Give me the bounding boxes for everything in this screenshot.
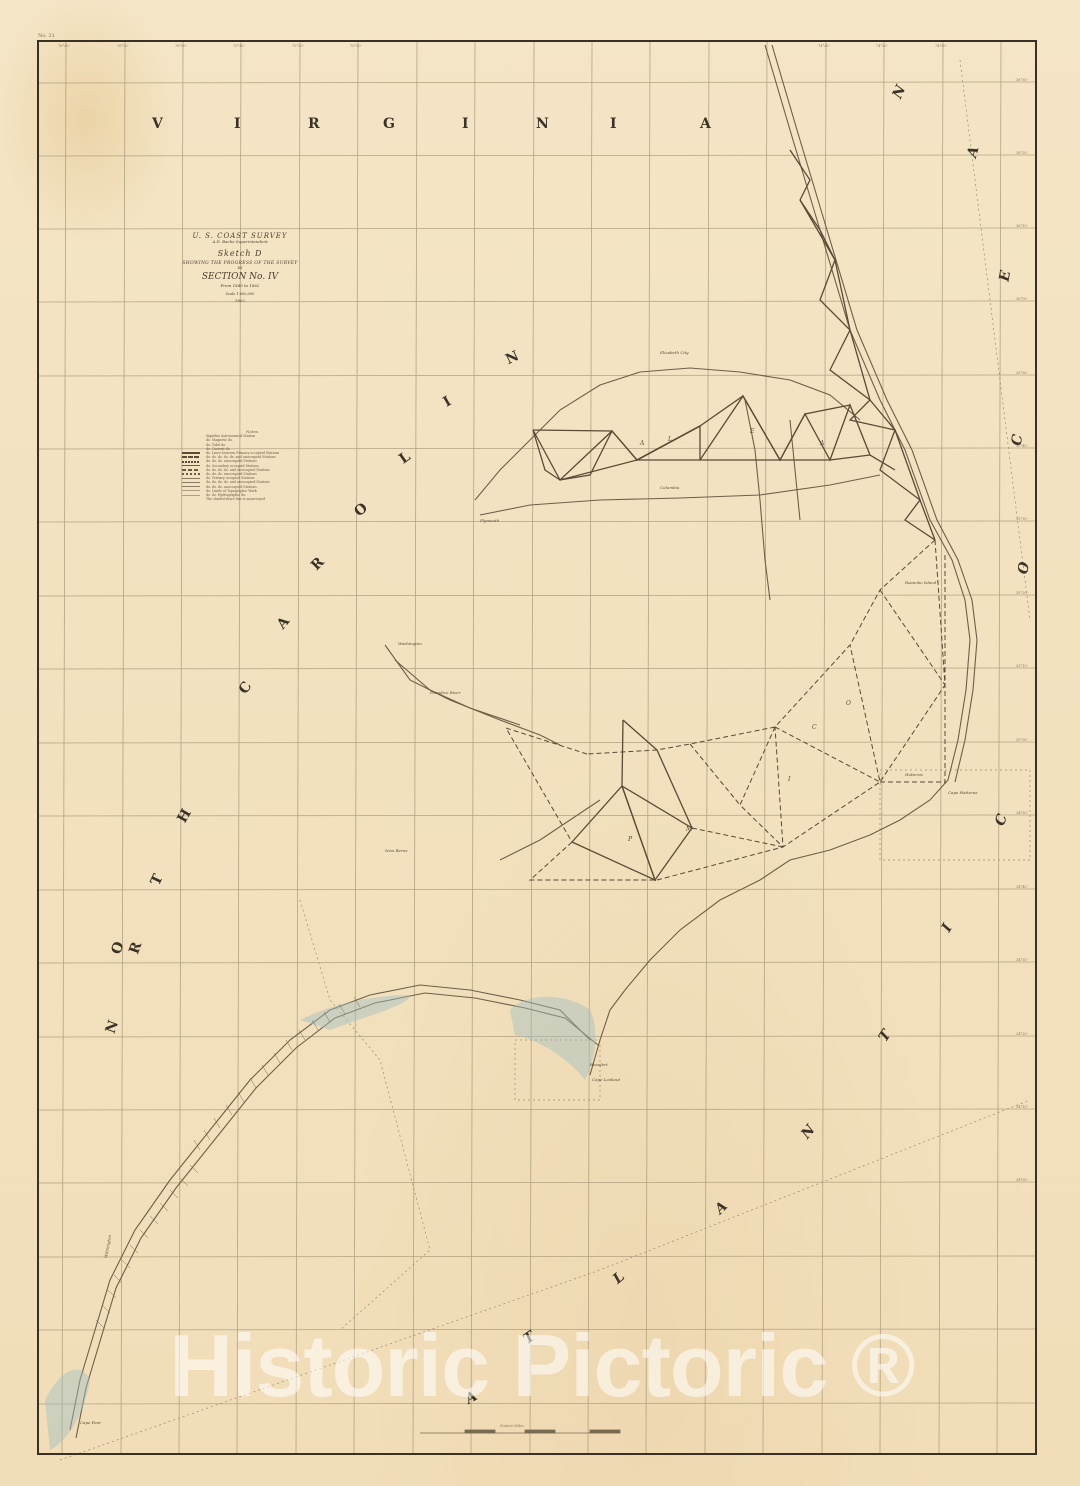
longitude-tick: 75°00' bbox=[350, 44, 362, 48]
title-year: 1862 bbox=[172, 299, 308, 304]
label-albemarle: E bbox=[750, 428, 754, 435]
legend-row: The shaded shore line is unsurveyed bbox=[182, 497, 322, 501]
latitude-tick: 34°10' bbox=[1016, 1105, 1028, 1109]
title-scale-note: Scale 1:600,000 bbox=[172, 292, 308, 296]
label-albemarle: L bbox=[668, 436, 672, 443]
label-pamlico: C bbox=[812, 724, 817, 731]
longitude-tick: 76°40' bbox=[58, 44, 70, 48]
legend-line-symbol bbox=[182, 461, 200, 463]
scale-bar-label: Statute Miles bbox=[500, 1424, 524, 1428]
label-virginia-letter: G bbox=[383, 116, 395, 132]
latitude-tick: 35°10' bbox=[1016, 664, 1028, 668]
latitude-tick: 35°40' bbox=[1016, 444, 1028, 448]
latitude-tick: 34°20' bbox=[1016, 1032, 1028, 1036]
label-pamlico: M bbox=[686, 826, 692, 833]
legend: Notes Signifies Astronomical Station do.… bbox=[182, 430, 322, 501]
latitude-tick: 35°50' bbox=[1016, 371, 1028, 375]
longitude-tick: 75°40' bbox=[233, 44, 245, 48]
longitude-tick: 74°00' bbox=[935, 44, 947, 48]
place-label: Plymouth bbox=[480, 518, 499, 523]
latitude-tick: 34°50' bbox=[1016, 811, 1028, 815]
legend-line-symbol bbox=[182, 452, 200, 454]
legend-point-symbol bbox=[182, 444, 200, 445]
watermark: Historic Pictoric ® bbox=[36, 1318, 1048, 1414]
latitude-tick: 36°10' bbox=[1016, 224, 1028, 228]
map-sheet: No. 21 bbox=[0, 0, 1080, 1486]
title-in: IN bbox=[172, 266, 308, 271]
label-pamlico: I bbox=[788, 776, 790, 783]
latitude-tick: 36°20' bbox=[1016, 151, 1028, 155]
legend-line-symbol bbox=[182, 469, 200, 471]
legend-point-symbol bbox=[182, 448, 200, 449]
latitude-tick: 35°30' bbox=[1016, 517, 1028, 521]
place-label: Cape Hatteras bbox=[948, 790, 977, 795]
title-block: U. S. COAST SURVEY A.D. Bache Superinten… bbox=[172, 232, 308, 303]
label-albemarle: A bbox=[640, 440, 644, 447]
legend-line-symbol bbox=[182, 456, 200, 458]
place-label: Beaufort bbox=[590, 1062, 608, 1067]
label-pamlico: O bbox=[846, 700, 851, 707]
legend-line-symbol bbox=[182, 495, 200, 496]
title-sketch: Sketch D bbox=[172, 249, 308, 258]
label-virginia-letter: A bbox=[700, 116, 711, 132]
legend-point-symbol bbox=[182, 436, 200, 437]
label-virginia-letter: N bbox=[536, 116, 549, 132]
label-virginia-letter: I bbox=[462, 116, 469, 132]
label-virginia-letter: V bbox=[152, 116, 163, 132]
latitude-tick: 34°30' bbox=[1016, 958, 1028, 962]
latitude-tick: 36°00' bbox=[1016, 297, 1028, 301]
legend-line-symbol bbox=[182, 465, 200, 467]
latitude-tick: 34°00' bbox=[1016, 1178, 1028, 1182]
legend-blank-symbol bbox=[182, 499, 200, 500]
latitude-tick: 35°20' bbox=[1016, 591, 1028, 595]
label-virginia-letter: I bbox=[234, 116, 241, 132]
label-virginia-letter: R bbox=[308, 116, 320, 132]
place-label: Hatteras bbox=[905, 772, 923, 777]
title-superintendent: A.D. Bache Superintendent bbox=[172, 240, 308, 245]
place-label: Cape Fear bbox=[80, 1420, 101, 1425]
label-virginia-letter: I bbox=[610, 116, 617, 132]
longitude-tick: 75°20' bbox=[292, 44, 304, 48]
longitude-tick: 76°00' bbox=[175, 44, 187, 48]
title-date-range: From 1845 to 1862 bbox=[172, 284, 308, 289]
legend-point-symbol bbox=[182, 440, 200, 441]
place-label: Cape Lookout bbox=[592, 1077, 620, 1082]
place-label: Columbia bbox=[660, 485, 679, 490]
legend-line-symbol bbox=[182, 473, 200, 475]
place-label: New Berne bbox=[385, 848, 408, 853]
legend-line-symbol bbox=[182, 482, 200, 483]
place-label: Pamplico River bbox=[430, 690, 461, 695]
latitude-tick: 34°40' bbox=[1016, 885, 1028, 889]
place-label: Washington bbox=[398, 641, 422, 646]
label-pamlico: P bbox=[628, 836, 632, 843]
latitude-tick: 35°00' bbox=[1016, 738, 1028, 742]
label-ocean-letter: O bbox=[1015, 561, 1033, 576]
place-label: Elizabeth City bbox=[660, 350, 689, 355]
longitude-tick: 74°40' bbox=[818, 44, 830, 48]
legend-line-symbol bbox=[182, 478, 200, 479]
longitude-tick: 76°20' bbox=[117, 44, 129, 48]
place-label: Roanoke Island bbox=[905, 580, 936, 585]
legend-line-symbol bbox=[182, 486, 200, 487]
legend-line-symbol bbox=[182, 490, 200, 491]
title-section: SECTION No. IV bbox=[172, 272, 308, 282]
longitude-tick: 74°20' bbox=[876, 44, 888, 48]
label-albemarle: A bbox=[820, 440, 824, 447]
latitude-tick: 36°30' bbox=[1016, 78, 1028, 82]
